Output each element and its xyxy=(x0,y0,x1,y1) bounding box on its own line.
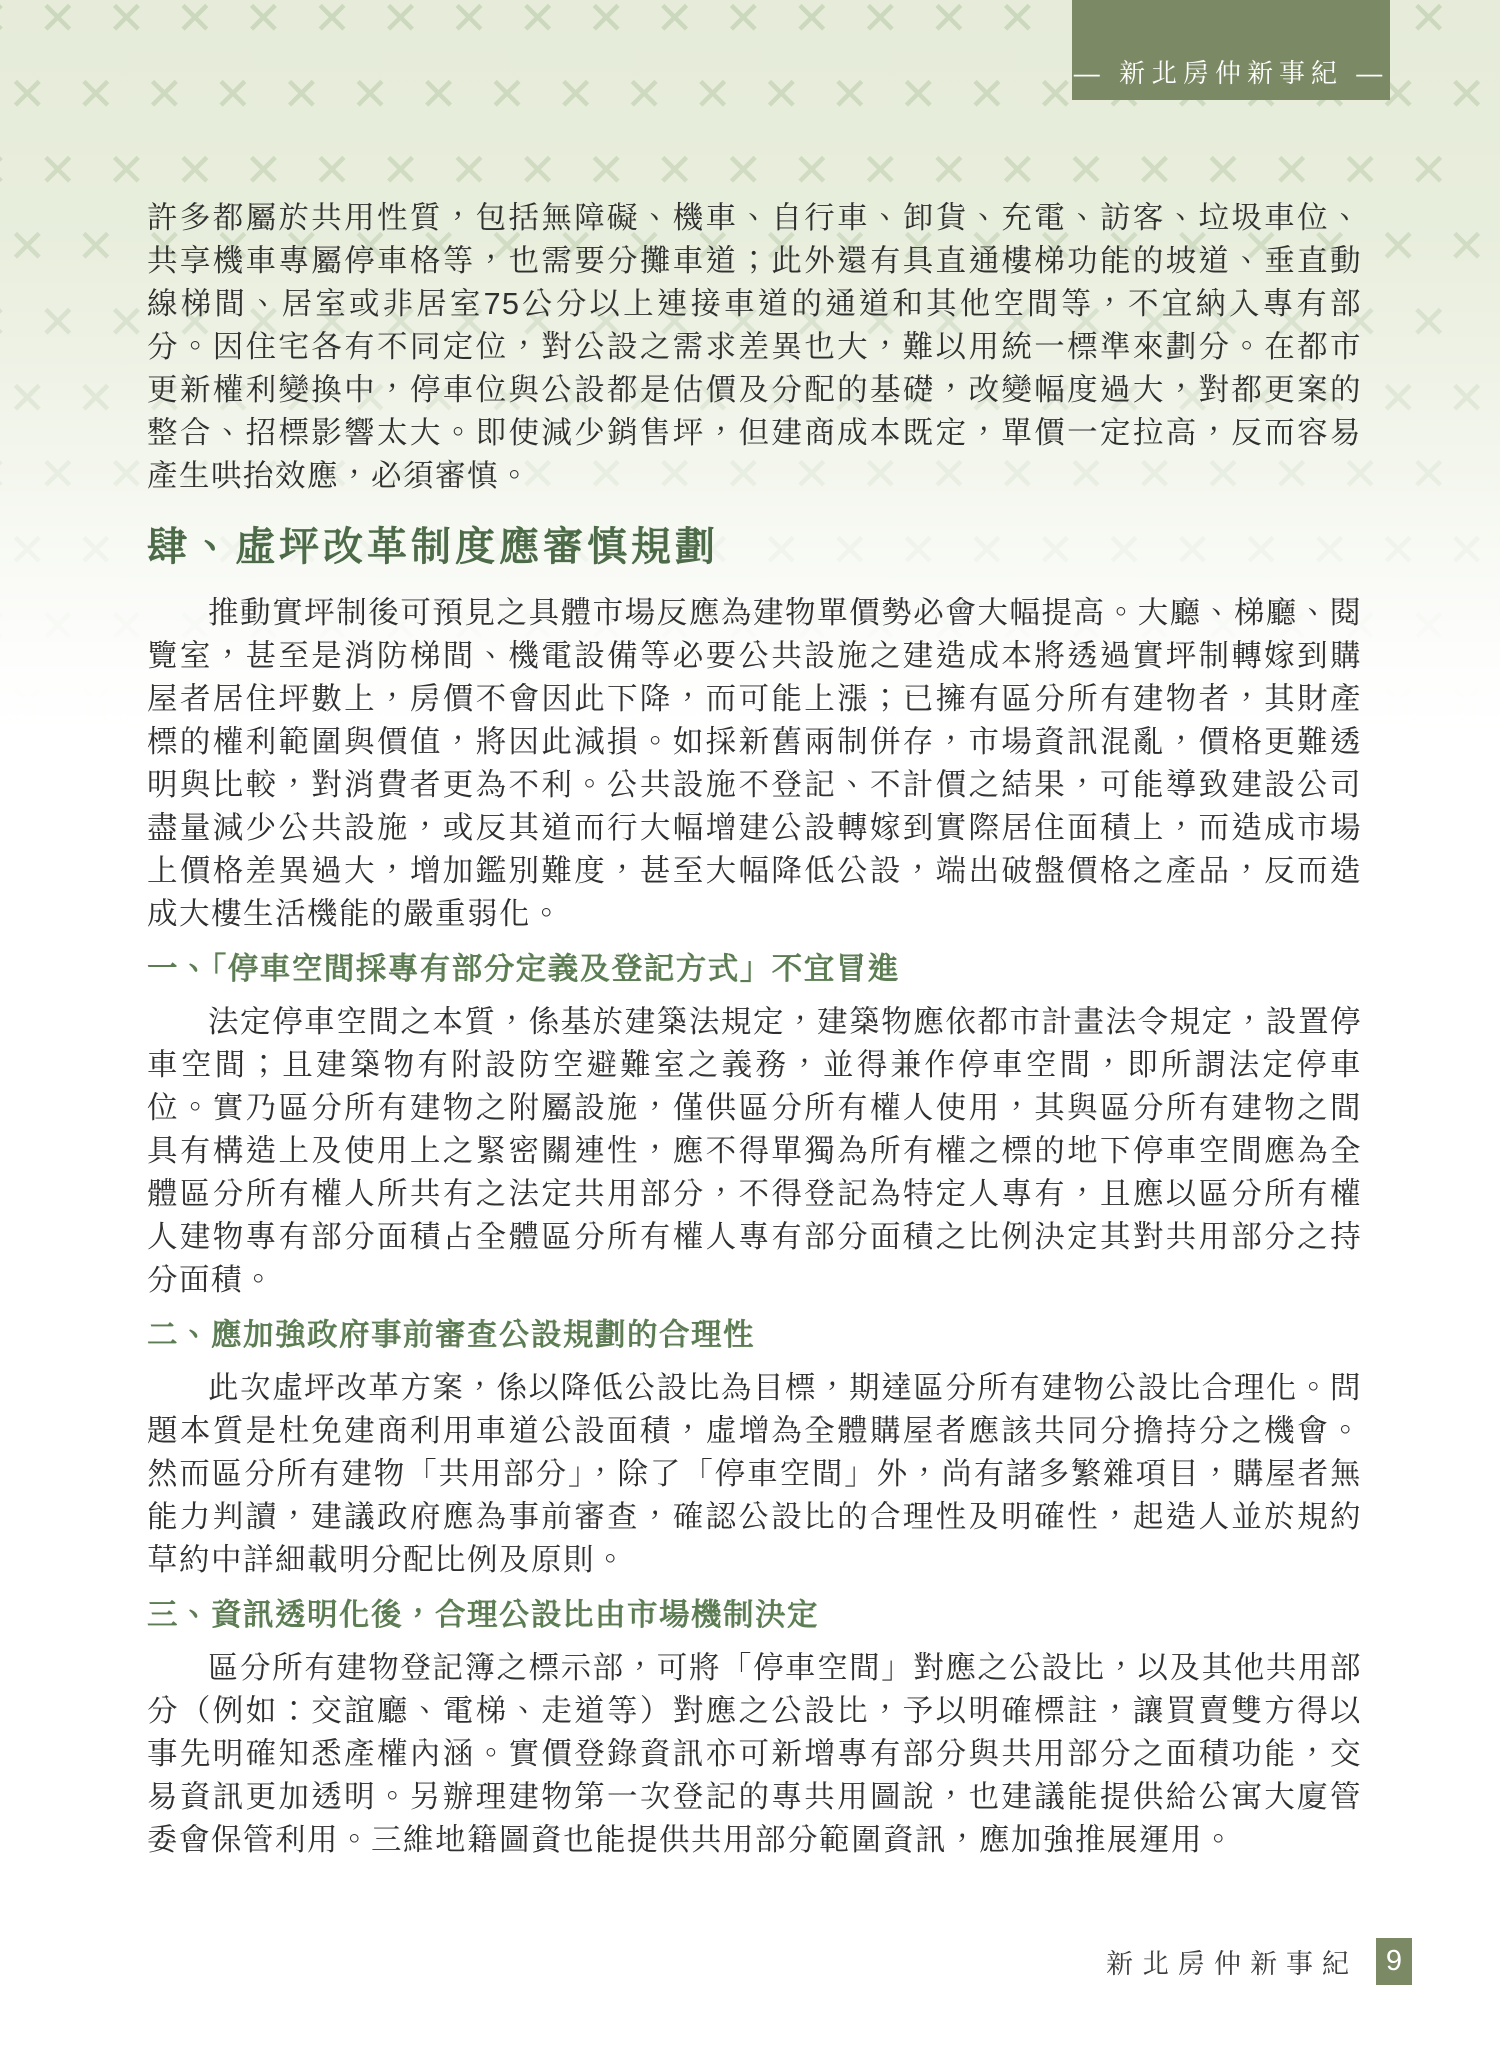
subsection-3-body: 區分所有建物登記簿之標示部，可將「停車空間」對應之公設比，以及其他共用部分（例如… xyxy=(147,1647,1362,1862)
journal-title: 新北房仲新事紀 xyxy=(1106,1942,1358,1981)
subsection-2-body: 此次虛坪改革方案，係以降低公設比為目標，期達區分所有建物公設比合理化。問題本質是… xyxy=(147,1367,1362,1582)
subsection-1-body: 法定停車空間之本質，係基於建築法規定，建築物應依都市計畫法令規定，設置停車空間；… xyxy=(147,1001,1362,1302)
section-heading: 肆、虛坪改革制度應審慎規劃 xyxy=(147,524,1362,570)
article-content: 許多都屬於共用性質，包括無障礙、機車、自行車、卸貨、充電、訪客、垃圾車位、共享機… xyxy=(147,197,1362,1862)
footer: 新北房仲新事紀 9 xyxy=(1106,1938,1412,1985)
document-page: ✕✕✕✕✕✕✕✕✕✕✕✕✕✕✕✕✕✕✕✕✕✕✕✕✕✕✕✕✕✕✕✕✕✕✕✕✕✕✕✕… xyxy=(0,0,1500,2067)
intro-paragraph: 許多都屬於共用性質，包括無障礙、機車、自行車、卸貨、充電、訪客、垃圾車位、共享機… xyxy=(147,197,1362,498)
banner-title: — 新北房仲新事紀 — xyxy=(1074,53,1388,100)
subsection-2-heading: 二、應加強政府事前審查公設規劃的合理性 xyxy=(147,1313,1362,1357)
page-number-badge: 9 xyxy=(1376,1938,1412,1985)
header-banner: — 新北房仲新事紀 — xyxy=(1072,0,1390,100)
subsection-3-heading: 三、資訊透明化後，合理公設比由市場機制決定 xyxy=(147,1593,1362,1637)
subsection-1-heading: 一、「停車空間採專有部分定義及登記方式」不宜冒進 xyxy=(147,947,1362,991)
section-intro-paragraph: 推動實坪制後可預見之具體市場反應為建物單價勢必會大幅提高。大廳、梯廳、閱覽室，甚… xyxy=(147,592,1362,936)
